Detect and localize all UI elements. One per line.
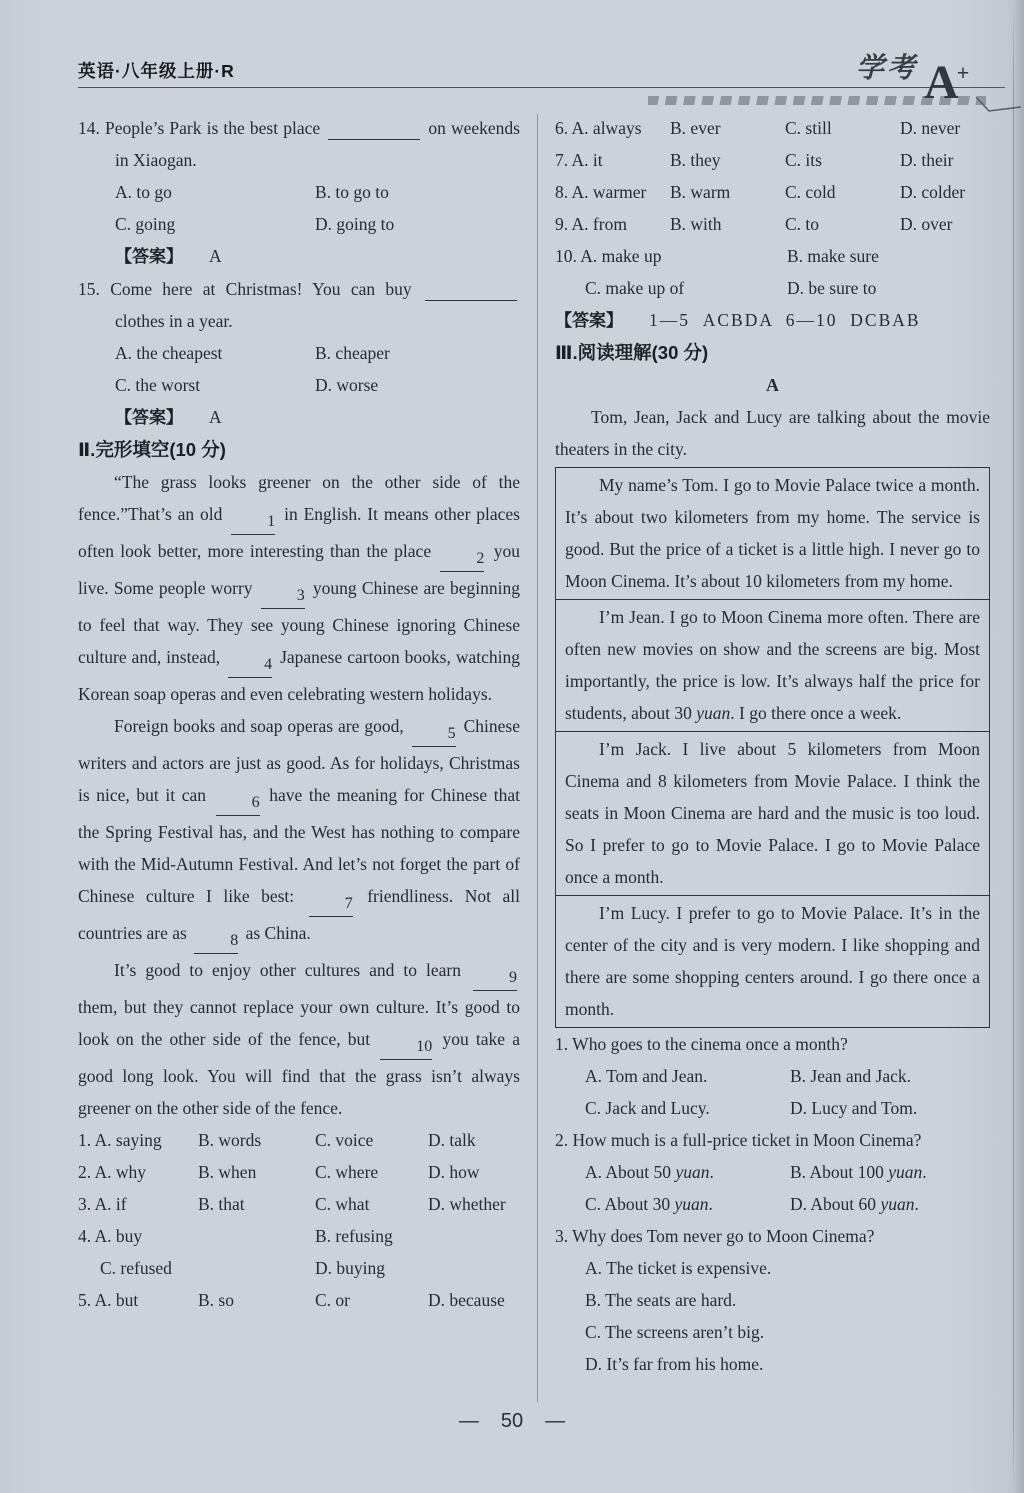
reading-question-1-stem: 1. Who goes to the cinema once a month?: [555, 1028, 990, 1060]
option-d: D. never: [900, 112, 990, 144]
fill-in-blank: [328, 115, 420, 140]
option-d: D. About 60 yuan.: [790, 1188, 990, 1220]
option-b: B. they: [670, 144, 785, 176]
fill-in-blank: 6: [216, 791, 260, 816]
fill-in-blank: 5: [412, 722, 456, 747]
cloze-options-row-10-line-2: C. make up of D. be sure to: [555, 272, 990, 304]
speakers-table: My name’s Tom. I go to Movie Palace twic…: [555, 467, 990, 1028]
brand-logo: 学考 A+: [856, 48, 969, 108]
option-d: D. over: [900, 208, 990, 240]
option-b: B. ever: [670, 112, 785, 144]
option-a: 4. A. buy: [78, 1220, 315, 1252]
option-b: B. when: [198, 1156, 315, 1188]
scan-page-edge-shade: [1014, 0, 1024, 1493]
option-b: B. so: [198, 1284, 315, 1316]
option-c: C. About 30 yuan.: [585, 1188, 790, 1220]
reading-question-2-options: A. About 50 yuan. B. About 100 yuan. C. …: [555, 1156, 990, 1220]
cloze-answer-line: 【答案】1—5 ACBDA 6—10 DCBAB: [555, 304, 990, 337]
brand-plus-sign: +: [957, 60, 970, 85]
option-a: A. The ticket is expensive.: [555, 1252, 990, 1284]
option-a: 3. A. if: [78, 1188, 198, 1220]
brand-mark-a: A+: [924, 48, 969, 108]
option-a: A. the cheapest: [115, 337, 315, 369]
reading-question-3: 3. Why does Tom never go to Moon Cinema?…: [555, 1220, 990, 1380]
option-c: C. going: [115, 208, 315, 240]
option-a: A. Tom and Jean.: [585, 1060, 790, 1092]
fill-in-blank: 9: [473, 966, 517, 991]
passage-intro: Tom, Jean, Jack and Lucy are talking abo…: [555, 401, 990, 465]
reading-question-2-stem: 2. How much is a full-price ticket in Mo…: [555, 1124, 990, 1156]
option-a: 8. A. warmer: [555, 176, 670, 208]
fill-in-blank: 2: [440, 547, 484, 572]
option-a: 5. A. but: [78, 1284, 198, 1316]
option-d: D. It’s far from his home.: [555, 1348, 990, 1380]
option-c: C. the worst: [115, 369, 315, 401]
cloze-options-row-3: 3. A. if B. that C. what D. whether: [78, 1188, 520, 1220]
question-14: 14. People’s Park is the best place on w…: [78, 112, 520, 273]
option-a: 2. A. why: [78, 1156, 198, 1188]
option-d: D. colder: [900, 176, 990, 208]
section-3-heading: Ⅲ.阅读理解(30 分): [555, 337, 990, 369]
answer-value: A: [209, 407, 224, 427]
option-d: D. buying: [315, 1252, 520, 1284]
cloze-options-row-2: 2. A. why B. when C. where D. how: [78, 1156, 520, 1188]
reading-question-2: 2. How much is a full-price ticket in Mo…: [555, 1124, 990, 1220]
option-d: D. because: [428, 1284, 520, 1316]
cloze-paragraph-3: It’s good to enjoy other cultures and to…: [78, 954, 520, 1124]
page-number: 50: [501, 1410, 523, 1432]
question-14-stem: 14. People’s Park is the best place on w…: [78, 112, 520, 176]
question-14-answer: 【答案】A: [78, 240, 520, 273]
option-c: C. cold: [785, 176, 900, 208]
option-c: C. still: [785, 112, 900, 144]
section-2-heading: Ⅱ.完形填空(10 分): [78, 434, 520, 466]
cloze-options-row-4-line-2: C. refused D. buying: [78, 1252, 520, 1284]
answer-value: A: [209, 246, 224, 266]
table-row-jean: I’m Jean. I go to Moon Cinema more often…: [556, 599, 989, 731]
table-row-tom: My name’s Tom. I go to Movie Palace twic…: [556, 468, 989, 599]
cloze-options-row-1: 1. A. saying B. words C. voice D. talk: [78, 1124, 520, 1156]
option-d: D. be sure to: [787, 272, 990, 304]
option-b: B. make sure: [787, 240, 990, 272]
option-d: D. going to: [315, 208, 520, 240]
option-c: C. where: [315, 1156, 428, 1188]
question-15-answer: 【答案】A: [78, 401, 520, 434]
option-a: 9. A. from: [555, 208, 670, 240]
option-b: B. to go to: [315, 176, 520, 208]
reading-question-1: 1. Who goes to the cinema once a month? …: [555, 1028, 990, 1124]
option-b: B. About 100 yuan.: [790, 1156, 990, 1188]
cloze-options-row-9: 9. A. from B. with C. to D. over: [555, 208, 990, 240]
option-a: 6. A. always: [555, 112, 670, 144]
option-b: B. words: [198, 1124, 315, 1156]
brand-letter: A: [924, 56, 959, 109]
brand-text-cn: 学考: [856, 48, 918, 88]
answer-label: 【答案】: [115, 247, 183, 266]
option-c: C. its: [785, 144, 900, 176]
cloze-options-row-6: 6. A. always B. ever C. still D. never: [555, 112, 990, 144]
answer-label: 【答案】: [555, 311, 623, 330]
cloze-options-row-7: 7. A. it B. they C. its D. their: [555, 144, 990, 176]
option-a: 1. A. saying: [78, 1124, 198, 1156]
option-d: D. their: [900, 144, 990, 176]
option-a: A. About 50 yuan.: [585, 1156, 790, 1188]
option-d: D. how: [428, 1156, 520, 1188]
book-title: 英语·八年级上册·R: [78, 58, 235, 83]
footer-right-dash: —: [545, 1410, 565, 1432]
option-c: C. refused: [78, 1252, 315, 1284]
option-b: B. with: [670, 208, 785, 240]
reading-question-3-stem: 3. Why does Tom never go to Moon Cinema?: [555, 1220, 990, 1252]
left-column: 14. People’s Park is the best place on w…: [78, 112, 520, 1316]
option-c: C. voice: [315, 1124, 428, 1156]
option-c: C. The screens aren’t big.: [555, 1316, 990, 1348]
option-a: A. to go: [115, 176, 315, 208]
passage-label-a: A: [555, 369, 990, 401]
option-d: D. whether: [428, 1188, 520, 1220]
table-row-jack: I’m Jack. I live about 5 kilometers from…: [556, 731, 989, 895]
option-a: 10. A. make up: [555, 240, 787, 272]
cloze-paragraph-2: Foreign books and soap operas are good, …: [78, 710, 520, 954]
option-b: B. The seats are hard.: [555, 1284, 990, 1316]
question-15-options: A. the cheapest B. cheaper C. the worst …: [78, 337, 520, 401]
option-b: B. warm: [670, 176, 785, 208]
option-c: C. to: [785, 208, 900, 240]
answer-value: 1—5 ACBDA 6—10 DCBAB: [649, 310, 921, 330]
fill-in-blank: 3: [261, 584, 305, 609]
option-b: B. cheaper: [315, 337, 520, 369]
option-a: 7. A. it: [555, 144, 670, 176]
fill-in-blank: 1: [231, 510, 275, 535]
question-15-stem: 15. Come here at Christmas! You can buy …: [78, 273, 520, 337]
option-c: C. make up of: [555, 272, 787, 304]
column-divider: [537, 114, 538, 1402]
option-b: B. Jean and Jack.: [790, 1060, 990, 1092]
workbook-page: 英语·八年级上册·R 学考 A+ 14. People’s Park is th…: [0, 0, 1024, 1493]
option-d: D. worse: [315, 369, 520, 401]
question-15: 15. Come here at Christmas! You can buy …: [78, 273, 520, 434]
cloze-paragraph-1: “The grass looks greener on the other si…: [78, 466, 520, 710]
table-row-lucy: I’m Lucy. I prefer to go to Movie Palace…: [556, 895, 989, 1027]
cloze-options-row-8: 8. A. warmer B. warm C. cold D. colder: [555, 176, 990, 208]
cloze-options-row-5: 5. A. but B. so C. or D. because: [78, 1284, 520, 1316]
cloze-options-row-10-line-1: 10. A. make up B. make sure: [555, 240, 990, 272]
answer-label: 【答案】: [115, 408, 183, 427]
question-14-options: A. to go B. to go to C. going D. going t…: [78, 176, 520, 240]
option-c: C. or: [315, 1284, 428, 1316]
fill-in-blank: 7: [309, 892, 353, 917]
reading-question-1-options: A. Tom and Jean. B. Jean and Jack. C. Ja…: [555, 1060, 990, 1124]
fill-in-blank: 10: [380, 1035, 432, 1060]
option-d: D. talk: [428, 1124, 520, 1156]
right-column: 6. A. always B. ever C. still D. never 7…: [555, 112, 990, 1380]
fill-in-blank: 4: [228, 653, 272, 678]
fill-in-blank: 8: [194, 929, 238, 954]
footer-left-dash: —: [459, 1410, 479, 1432]
option-c: C. Jack and Lucy.: [585, 1092, 790, 1124]
option-c: C. what: [315, 1188, 428, 1220]
page-footer: —50—: [0, 1410, 1024, 1433]
option-b: B. that: [198, 1188, 315, 1220]
option-d: D. Lucy and Tom.: [790, 1092, 990, 1124]
fill-in-blank: [425, 276, 517, 301]
cloze-options-row-4-line-1: 4. A. buy B. refusing: [78, 1220, 520, 1252]
option-b: B. refusing: [315, 1220, 520, 1252]
